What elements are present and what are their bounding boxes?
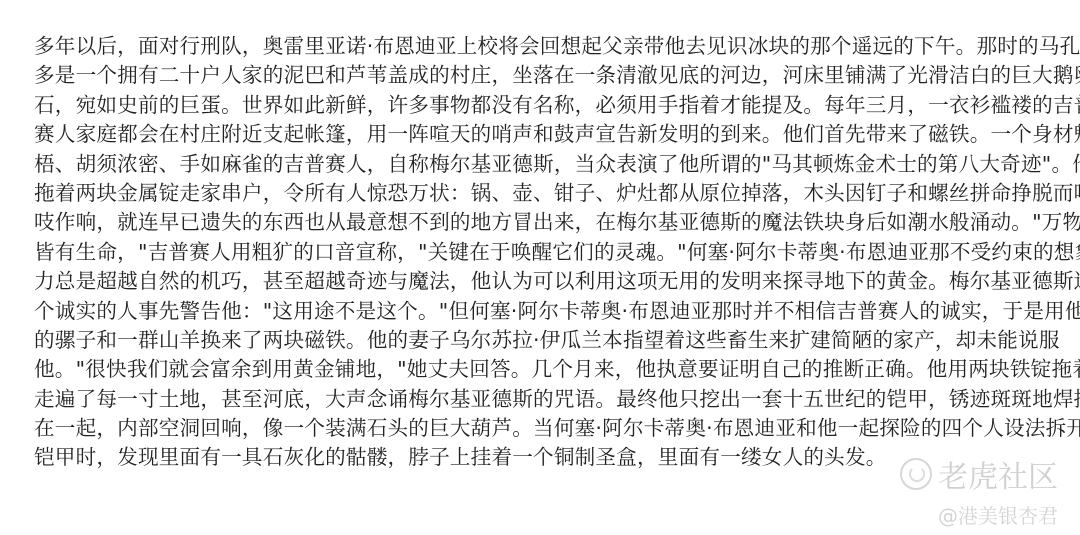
- watermark-brand: 老虎社区: [900, 452, 1058, 496]
- article-line: 走遍了每一寸土地，甚至河底，大声念诵梅尔基亚德斯的咒语。最终他只挖出一套十五世纪…: [34, 385, 1054, 414]
- article-line: 赛人家庭都会在村庄附近支起帐篷，用一阵喧天的哨声和鼓声宣告新发明的到来。他们首先…: [34, 120, 1054, 149]
- watermark-handle: @港美银杏君: [938, 500, 1058, 529]
- article-line: 力总是超越自然的机巧，甚至超越奇迹与魔法，他认为可以利用这项无用的发明来探寻地下…: [34, 267, 1054, 296]
- article-line: 梧、胡须浓密、手如麻雀的吉普赛人，自称梅尔基亚德斯，当众表演了他所谓的"马其顿炼…: [34, 150, 1054, 179]
- article-line: 石，宛如史前的巨蛋。世界如此新鲜，许多事物都没有名称，必须用手指着才能提及。每年…: [34, 91, 1054, 120]
- article-line: 拖着两块金属锭走家串户，令所有人惊恐万状：锅、壶、钳子、炉灶都从原位掉落，木头因…: [34, 179, 1054, 208]
- tiger-logo-icon: [900, 458, 932, 490]
- article-line: 皆有生命，"吉普赛人用粗犷的口音宣称，"关键在于唤醒它们的灵魂。"何塞·阿尔卡蒂…: [34, 238, 1054, 267]
- article-line: 个诚实的人事先警告他："这用途不是这个。"但何塞·阿尔卡蒂奥·布恩迪亚那时并不相…: [34, 297, 1054, 326]
- article-line: 的骡子和一群山羊换来了两块磁铁。他的妻子乌尔苏拉·伊瓜兰本指望着这些畜生来扩建简…: [34, 326, 1054, 355]
- article-line: 多是一个拥有二十户人家的泥巴和芦苇盖成的村庄，坐落在一条清澈见底的河边，河床里铺…: [34, 61, 1054, 90]
- article-line: 吱作响，就连早已遗失的东西也从最意想不到的地方冒出来，在梅尔基亚德斯的魔法铁块身…: [34, 208, 1054, 237]
- article-body: 多年以后，面对行刑队，奥雷里亚诺·布恩迪亚上校将会回想起父亲带他去见识冰块的那个…: [34, 32, 1054, 473]
- watermark-brand-text: 老虎社区: [938, 452, 1058, 496]
- article-line: 在一起，内部空洞回响，像一个装满石头的巨大葫芦。当何塞·阿尔卡蒂奥·布恩迪亚和他…: [34, 414, 1054, 443]
- article-line: 多年以后，面对行刑队，奥雷里亚诺·布恩迪亚上校将会回想起父亲带他去见识冰块的那个…: [34, 32, 1054, 61]
- article-line: 他。"很快我们就会富余到用黄金铺地，"她丈夫回答。几个月来，他执意要证明自己的推…: [34, 355, 1054, 384]
